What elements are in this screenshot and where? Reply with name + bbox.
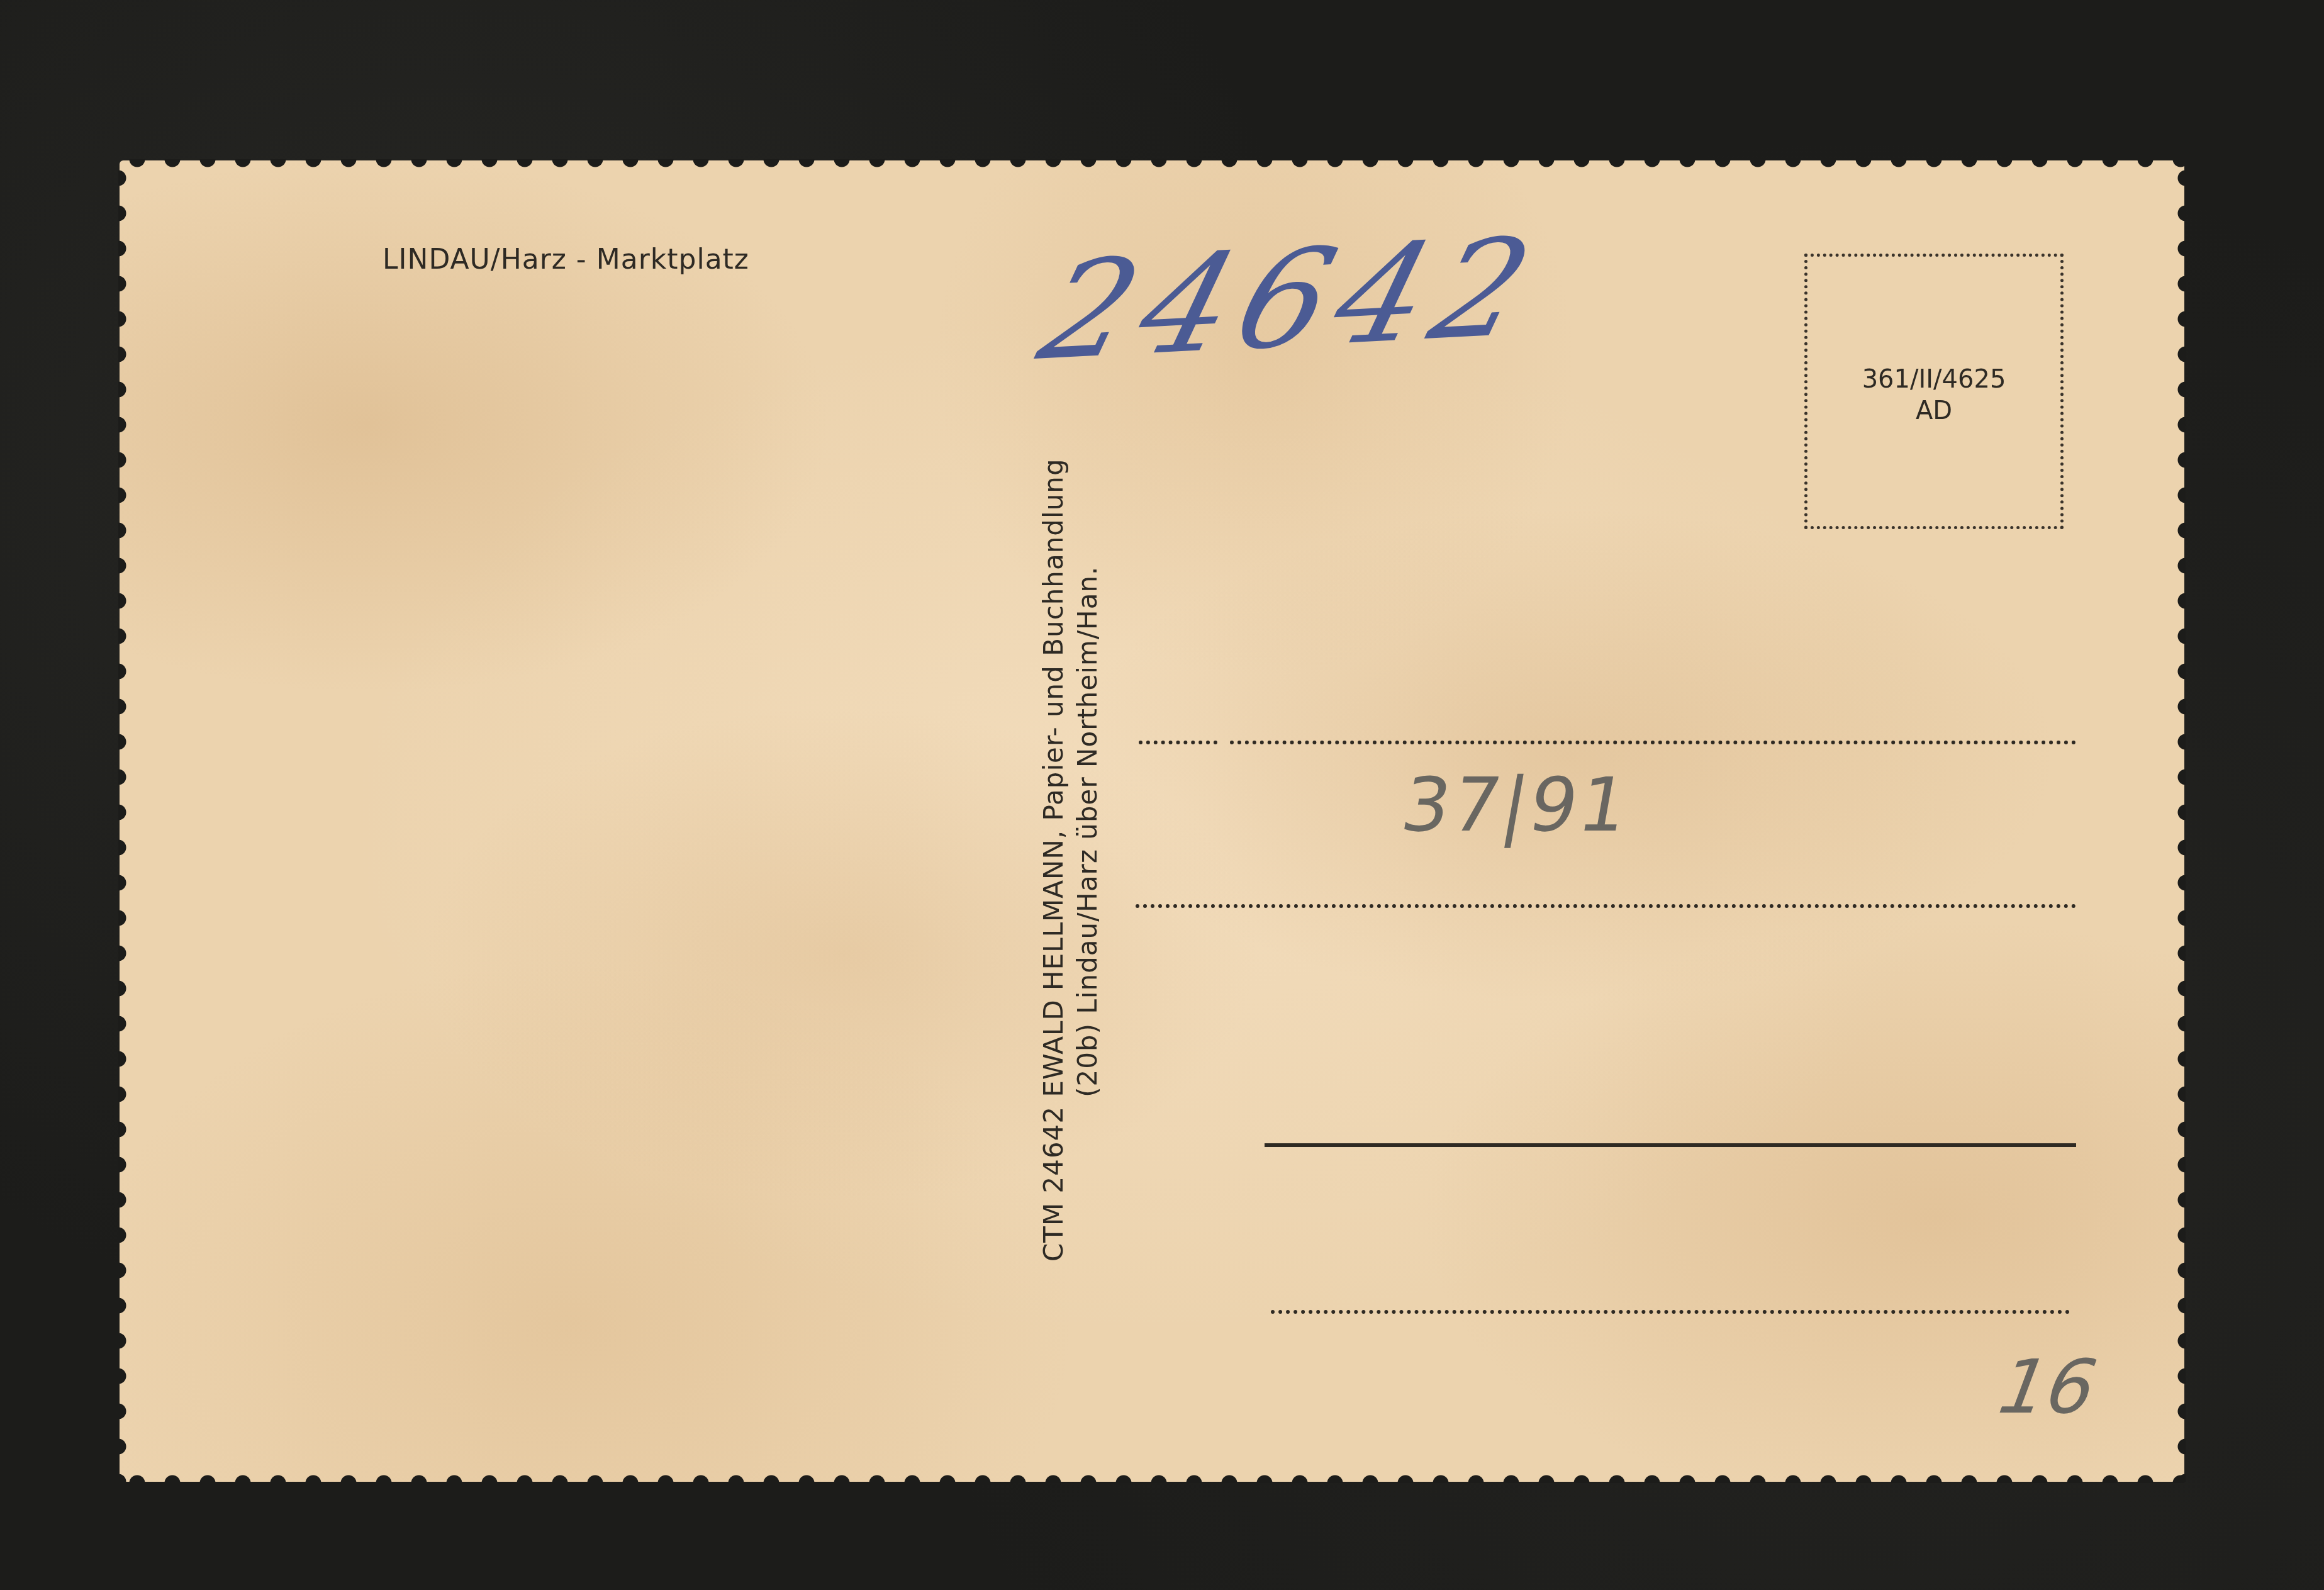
deckle-edge-top — [120, 159, 2184, 168]
address-line-1 — [1230, 741, 2076, 744]
handwritten-pencil-corner-number: 16 — [1993, 1343, 2103, 1430]
deckle-edge-left — [118, 160, 127, 1482]
address-line-2 — [1136, 904, 2076, 908]
deckle-edge-right — [2177, 160, 2186, 1482]
stamp-code: 361/II/4625 AD — [1807, 364, 2060, 427]
handwritten-pencil-number: 37|91 — [1395, 761, 1637, 848]
postcard-back: LINDAU/Harz - Marktplatz 24642 CTM 24642… — [120, 160, 2184, 1482]
address-line-1-short-segment — [1139, 741, 1217, 744]
publisher-imprint-line2: (20b) Lindau/Harz über Northeim/Han. — [1071, 458, 1105, 1262]
postcard-caption: LINDAU/Harz - Marktplatz — [383, 244, 749, 276]
stamp-code-line1: 361/II/4625 — [1807, 364, 2060, 395]
address-line-4 — [1271, 1310, 2070, 1314]
stamp-placeholder-box: 361/II/4625 AD — [1804, 254, 2064, 529]
publisher-imprint: CTM 24642 EWALD HELLMANN, Papier- und Bu… — [1037, 458, 1105, 1262]
publisher-imprint-line1: CTM 24642 EWALD HELLMANN, Papier- und Bu… — [1038, 458, 1069, 1262]
deckle-edge-bottom — [120, 1474, 2184, 1483]
address-line-3 — [1265, 1143, 2076, 1147]
handwritten-ink-number: 24642 — [1025, 208, 1556, 391]
stamp-code-line2: AD — [1807, 395, 2060, 427]
